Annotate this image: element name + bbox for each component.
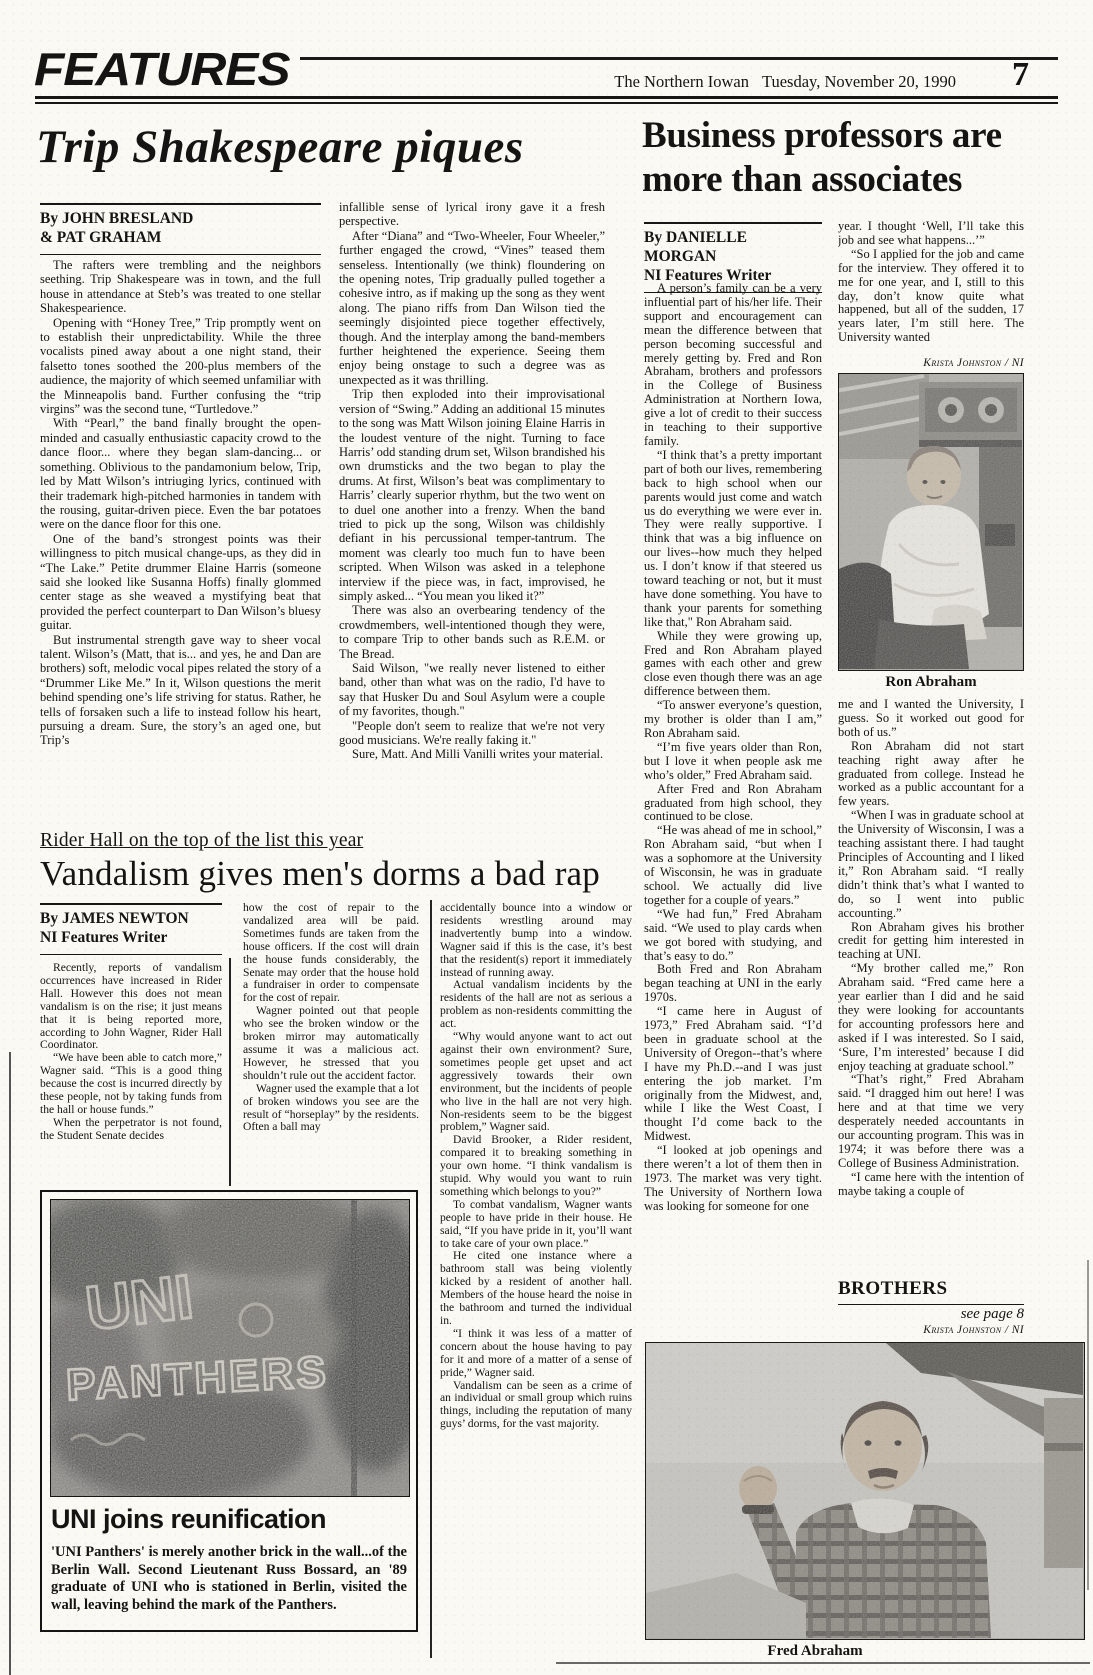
stereo-shelf — [919, 382, 1022, 447]
paragraph: When the perpetrator is not found, the S… — [40, 1117, 222, 1143]
paragraph: With “Pearl,” the band finally brought t… — [40, 416, 321, 531]
paragraph: Wagner used the example that a lot of br… — [243, 1083, 419, 1135]
paragraph: One of the band’s strongest points was t… — [40, 532, 321, 633]
fred-photo-credit: Krista Johnston / NI — [838, 1324, 1024, 1336]
window-blinds — [839, 374, 929, 459]
graffiti-text-uni: UNI — [82, 1262, 196, 1343]
paragraph: Said Wilson, "we really never listened t… — [339, 661, 605, 719]
paragraph: Actual vandalism incidents by the reside… — [440, 979, 632, 1031]
business-column-right-bottom: me and I wanted the University, I guess.… — [838, 698, 1024, 1276]
paragraph: “I’m five years older than Ron, but I lo… — [644, 741, 822, 783]
paragraph: To combat vandalism, Wagner wants people… — [440, 1199, 632, 1251]
business-column-right-top: year. I thought ‘Well, I’ll take this jo… — [838, 220, 1024, 360]
paragraph: year. I thought ‘Well, I’ll take this jo… — [838, 220, 1024, 248]
vandalism-column-3: accidentally bounce into a window or res… — [440, 902, 632, 1658]
masthead-double-rule-top — [35, 96, 1058, 99]
paragraph: “When I was in graduate school at the Un… — [838, 809, 1024, 920]
masthead-double-rule-bottom — [35, 102, 1058, 104]
fred-abraham-photo — [645, 1342, 1085, 1640]
ron-photo-caption: Ron Abraham — [838, 674, 1024, 691]
column-rule — [430, 900, 432, 1658]
paragraph: A person’s family can be a very influent… — [644, 282, 822, 449]
byline-author: By JAMES NEWTON — [40, 909, 222, 928]
byline-role: NI Features Writer — [40, 928, 222, 947]
paragraph: “To answer everyone’s question, my broth… — [644, 699, 822, 741]
paragraph: Both Fred and Ron Abraham began teaching… — [644, 963, 822, 1005]
paper-name: The Northern Iowan — [614, 72, 749, 91]
see-page-reference: see page 8 — [838, 1306, 1024, 1323]
vandalism-kicker: Rider Hall on the top of the list this y… — [40, 830, 363, 852]
newspaper-page: FEATURES The Northern IowanTuesday, Nove… — [0, 0, 1093, 1675]
trip-column-1: The rafters were trembling and the neigh… — [40, 258, 321, 830]
byline-author-1: By JOHN BRESLAND — [40, 209, 321, 228]
paragraph: “My brother called me,” Ron Abraham said… — [838, 962, 1024, 1073]
fred-photo-caption: Fred Abraham — [645, 1643, 985, 1660]
business-column-left: A person’s family can be a very influent… — [644, 282, 822, 1308]
paragraph: “Why would anyone want to act out agains… — [440, 1031, 632, 1134]
dateline: The Northern IowanTuesday, November 20, … — [540, 72, 956, 92]
reunification-box: UNI PANTHERS UNI joins reunification 'UN… — [40, 1190, 418, 1632]
paragraph: “I came here in August of 1973,” Fred Ab… — [644, 1005, 822, 1144]
paragraph: Ron Abraham gives his brother credit for… — [838, 921, 1024, 963]
vandalism-byline: By JAMES NEWTON NI Features Writer — [40, 903, 222, 955]
scan-edge-artifact — [1087, 1260, 1089, 1590]
paragraph: The rafters were trembling and the neigh… — [40, 258, 321, 316]
vandalism-headline: Vandalism gives men's dorms a bad rap — [40, 854, 600, 894]
continuation-slug: BROTHERS — [838, 1278, 1024, 1305]
business-article-headline: Business professors are more than associ… — [642, 114, 1078, 203]
reunification-headline: UNI joins reunification — [51, 1504, 326, 1535]
paragraph: After Fred and Ron Abraham graduated fro… — [644, 783, 822, 825]
paragraph: “I looked at job openings and there were… — [644, 1144, 822, 1214]
scan-edge-artifact — [556, 1662, 1090, 1664]
paragraph: Wagner pointed out that people who see t… — [243, 1005, 419, 1082]
paragraph: “I think that’s a pretty important part … — [644, 449, 822, 630]
ron-abraham-photo — [838, 373, 1024, 671]
trip-column-2: infallible sense of lyrical irony gave i… — [339, 200, 605, 834]
trip-byline: By JOHN BRESLAND & PAT GRAHAM — [40, 203, 321, 255]
column-rule — [229, 958, 231, 1186]
paragraph: “We have been able to catch more,” Wagne… — [40, 1052, 222, 1117]
issue-date: Tuesday, November 20, 1990 — [762, 72, 956, 91]
paragraph: Trip then exploded into their improvisat… — [339, 387, 605, 603]
paragraph: “I came here with the intention of maybe… — [838, 1171, 1024, 1199]
paragraph: Vandalism can be seen as a crime of an i… — [440, 1380, 632, 1432]
section-title: FEATURES — [34, 42, 289, 96]
paragraph: “So I applied for the job and came for t… — [838, 248, 1024, 345]
vandalism-column-1: Recently, reports of vandalism occurrenc… — [40, 962, 222, 1186]
paragraph: David Brooker, a Rider resident, compare… — [440, 1134, 632, 1199]
paragraph: Opening with “Honey Tree,” Trip promptly… — [40, 316, 321, 417]
paragraph: Ron Abraham did not start teaching right… — [838, 740, 1024, 810]
paragraph: “That’s right,” Fred Abraham said. “I dr… — [838, 1073, 1024, 1170]
page-number: 7 — [1012, 56, 1029, 94]
trip-article-headline: Trip Shakespeare piques — [36, 120, 524, 174]
paragraph: There was also an overbearing tendency o… — [339, 603, 605, 661]
paragraph: But instrumental strength gave way to sh… — [40, 633, 321, 748]
ron-photo-credit: Krista Johnston / NI — [838, 357, 1024, 369]
byline-author-2: & PAT GRAHAM — [40, 228, 321, 247]
vandalism-column-2: how the cost of repair to the vandalized… — [243, 902, 419, 1186]
paragraph: infallible sense of lyrical irony gave i… — [339, 200, 605, 229]
paragraph: Recently, reports of vandalism occurrenc… — [40, 962, 222, 1052]
paragraph: accidentally bounce into a window or res… — [440, 902, 632, 979]
byline-author: By DANIELLE MORGAN — [644, 228, 822, 266]
paragraph: Sure, Matt. And Milli Vanilli writes you… — [339, 747, 605, 761]
paragraph: "People don't seem to realize that we're… — [339, 719, 605, 748]
graffiti-wall-photo: UNI PANTHERS — [50, 1199, 410, 1497]
paragraph: me and I wanted the University, I guess.… — [838, 698, 1024, 740]
reunification-caption: 'UNI Panthers' is merely another brick i… — [51, 1544, 407, 1614]
svg-text:UNI: UNI — [82, 1262, 196, 1343]
paragraph: “I think it was less of a matter of conc… — [440, 1328, 632, 1380]
paragraph: After “Diana” and “Two-Wheeler, Four Whe… — [339, 229, 605, 387]
wall-post — [351, 1200, 357, 1496]
paragraph: “We had fun,” Fred Abraham said. “We use… — [644, 908, 822, 964]
paragraph: how the cost of repair to the vandalized… — [243, 902, 419, 1005]
masthead-rule — [300, 57, 1058, 60]
paragraph: He cited one instance where a bathroom s… — [440, 1250, 632, 1327]
scan-edge-artifact — [9, 1052, 11, 1675]
paragraph: “He was ahead of me in school,” Ron Abra… — [644, 824, 822, 907]
paragraph: While they were growing up, Fred and Ron… — [644, 630, 822, 700]
